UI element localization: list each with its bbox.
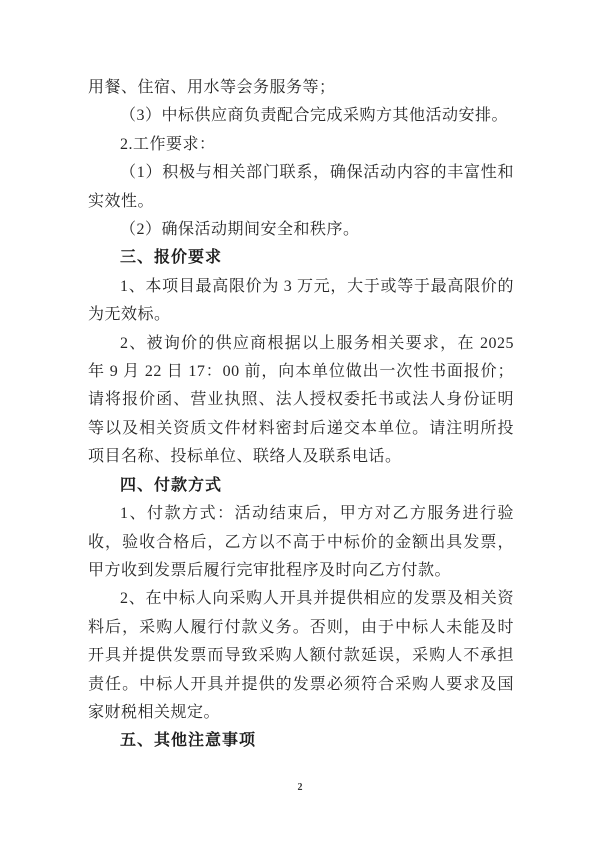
paragraph-payment-method: 1、付款方式：活动结束后，甲方对乙方服务进行验收，验收合格后，乙方以不高于中标价… bbox=[88, 500, 514, 585]
paragraph-invoice-obligation: 2、在中标人向采购人开具并提供相应的发票及相关资料后，采购人履行付款义务。否则，… bbox=[88, 585, 514, 727]
paragraph-work-requirements: 2.工作要求： bbox=[88, 131, 514, 159]
paragraph-continuation: 用餐、住宿、用水等会务服务等； bbox=[88, 74, 514, 102]
document-body: 用餐、住宿、用水等会务服务等； （3）中标供应商负责配合完成采购方其他活动安排。… bbox=[88, 74, 514, 756]
paragraph-item-3: （3）中标供应商负责配合完成采购方其他活动安排。 bbox=[88, 102, 514, 130]
paragraph-price-limit: 1、本项目最高限价为 3 万元，大于或等于最高限价的为无效标。 bbox=[88, 273, 514, 330]
section-heading-other-notes: 五、其他注意事项 bbox=[88, 727, 514, 755]
section-heading-payment-method: 四、付款方式 bbox=[88, 472, 514, 500]
paragraph-item-1: （1）积极与相关部门联系，确保活动内容的丰富性和实效性。 bbox=[88, 159, 514, 216]
section-heading-quotation-requirements: 三、报价要求 bbox=[88, 244, 514, 272]
paragraph-item-2: （2）确保活动期间安全和秩序。 bbox=[88, 216, 514, 244]
paragraph-quotation-submission: 2、被询价的供应商根据以上服务相关要求，在 2025 年 9 月 22 日 17… bbox=[88, 330, 514, 472]
page-number: 2 bbox=[0, 782, 600, 793]
document-page: 用餐、住宿、用水等会务服务等； （3）中标供应商负责配合完成采购方其他活动安排。… bbox=[0, 0, 600, 848]
